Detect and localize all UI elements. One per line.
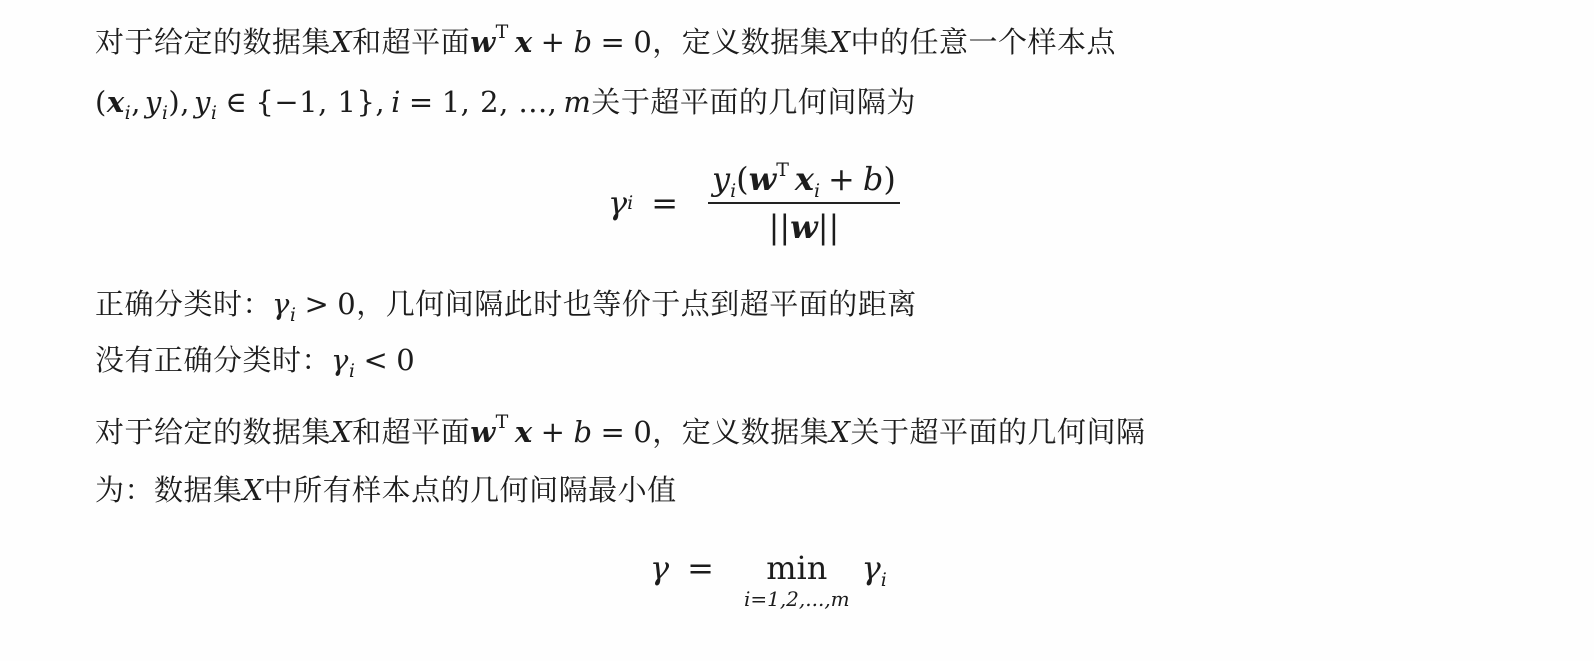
para2-line1: 对于给定的数据集X和超平面wTx+b=0，定义数据集X关于超平面的几何间隔: [95, 412, 1145, 452]
text: 对于给定的数据集: [95, 25, 331, 59]
geometric-margin-formula: γi = yi(wTxi+b) ||w||: [608, 148, 900, 258]
text: ，几何间隔此时也等价于点到超平面的距离: [356, 287, 917, 321]
math-op: =: [601, 415, 626, 449]
math-op: =: [409, 85, 434, 119]
math-sub: i: [211, 102, 218, 124]
math-range: 1, 2, ...,: [442, 85, 558, 119]
math-op: =: [687, 548, 714, 588]
math-var: y: [712, 160, 730, 198]
math-gamma: γ: [862, 549, 881, 587]
math-op: <: [363, 343, 388, 377]
math-set: {−1, 1},: [255, 85, 385, 119]
math-sup: T: [496, 411, 509, 433]
text: 和超平面: [352, 25, 470, 59]
numerator: yi(wTxi+b): [708, 160, 900, 204]
math-var: w: [790, 208, 818, 246]
math-var: X: [331, 25, 352, 59]
math-var: y: [145, 85, 162, 119]
math-op: +: [541, 415, 566, 449]
math-norm: ||: [818, 208, 840, 246]
math-sub: i: [290, 304, 297, 326]
math-op: >: [304, 287, 329, 321]
math-num: 0: [396, 343, 415, 377]
math-gamma: γ: [331, 343, 349, 377]
math-var: b: [863, 160, 883, 198]
fraction: yi(wTxi+b) ||w||: [708, 160, 900, 246]
math-var: x: [795, 160, 814, 198]
para1-line2: (xi,yi),yi∈{−1, 1},i=1, 2, ...,m关于超平面的几何…: [95, 82, 916, 122]
math-var: X: [829, 415, 850, 449]
math-op: +: [541, 25, 566, 59]
math-op: =: [601, 25, 626, 59]
math-paren: (: [736, 160, 748, 198]
math-var: b: [573, 25, 592, 59]
math-var: x: [515, 415, 533, 449]
math-sub: i: [881, 569, 887, 591]
math-gamma: γ: [608, 184, 627, 222]
text: 为：数据集: [95, 473, 243, 507]
math-var: x: [515, 25, 533, 59]
math-var: X: [829, 25, 850, 59]
math-gamma: γ: [272, 287, 290, 321]
math-gamma-i: γi: [862, 548, 887, 588]
math-norm: ||: [769, 208, 791, 246]
min-word: min: [766, 548, 827, 588]
math-op: +: [828, 160, 855, 198]
math-var: b: [573, 415, 592, 449]
text: 对于给定的数据集: [95, 415, 331, 449]
text: 正确分类时：: [95, 287, 272, 321]
math-num: 0: [633, 25, 652, 59]
text: 关于超平面的几何间隔: [850, 415, 1145, 449]
text: 中所有样本点的几何间隔最小值: [264, 473, 677, 507]
incorrect-classification-line: 没有正确分类时：γi<0: [95, 340, 415, 380]
math-var: w: [470, 25, 495, 59]
text: ，定义数据集: [652, 415, 829, 449]
math-punct: ,: [131, 85, 141, 119]
para1-line1: 对于给定的数据集X和超平面wTx+b=0，定义数据集X中的任意一个样本点: [95, 22, 1116, 62]
text: 和超平面: [352, 415, 470, 449]
correct-classification-line: 正确分类时：γi>0，几何间隔此时也等价于点到超平面的距离: [95, 284, 917, 324]
document-page: 对于给定的数据集X和超平面wTx+b=0，定义数据集X中的任意一个样本点 (xi…: [0, 0, 1594, 661]
math-var: m: [563, 85, 591, 119]
dataset-margin-formula: γ = min i=1,2,...,m γi: [650, 548, 887, 610]
math-sup: T: [496, 21, 509, 43]
math-sub: i: [349, 360, 356, 382]
math-op: =: [651, 184, 678, 222]
math-var: i: [391, 85, 401, 119]
math-gamma: γ: [650, 548, 669, 588]
text: ，定义数据集: [652, 25, 829, 59]
math-sub: i: [814, 180, 820, 202]
math-num: 0: [337, 287, 356, 321]
math-num: 0: [633, 415, 652, 449]
min-subscript: i=1,2,...,m: [744, 588, 850, 610]
text: 中的任意一个样本点: [850, 25, 1116, 59]
min-operator: min i=1,2,...,m: [744, 548, 850, 610]
denominator: ||w||: [769, 204, 840, 246]
text: 没有正确分类时：: [95, 343, 331, 377]
math-var: w: [470, 415, 495, 449]
math-var: w: [749, 160, 777, 198]
math-op: ∈: [225, 85, 247, 119]
math-var: X: [243, 473, 264, 507]
math-var: X: [331, 415, 352, 449]
math-var: x: [107, 85, 125, 119]
text: 关于超平面的几何间隔为: [591, 85, 916, 119]
para2-line2: 为：数据集X中所有样本点的几何间隔最小值: [95, 470, 677, 510]
math-paren: (: [95, 85, 107, 119]
math-paren: ),: [168, 85, 190, 119]
math-paren: ): [883, 160, 895, 198]
math-sup: T: [776, 159, 789, 181]
math-var: y: [194, 85, 211, 119]
